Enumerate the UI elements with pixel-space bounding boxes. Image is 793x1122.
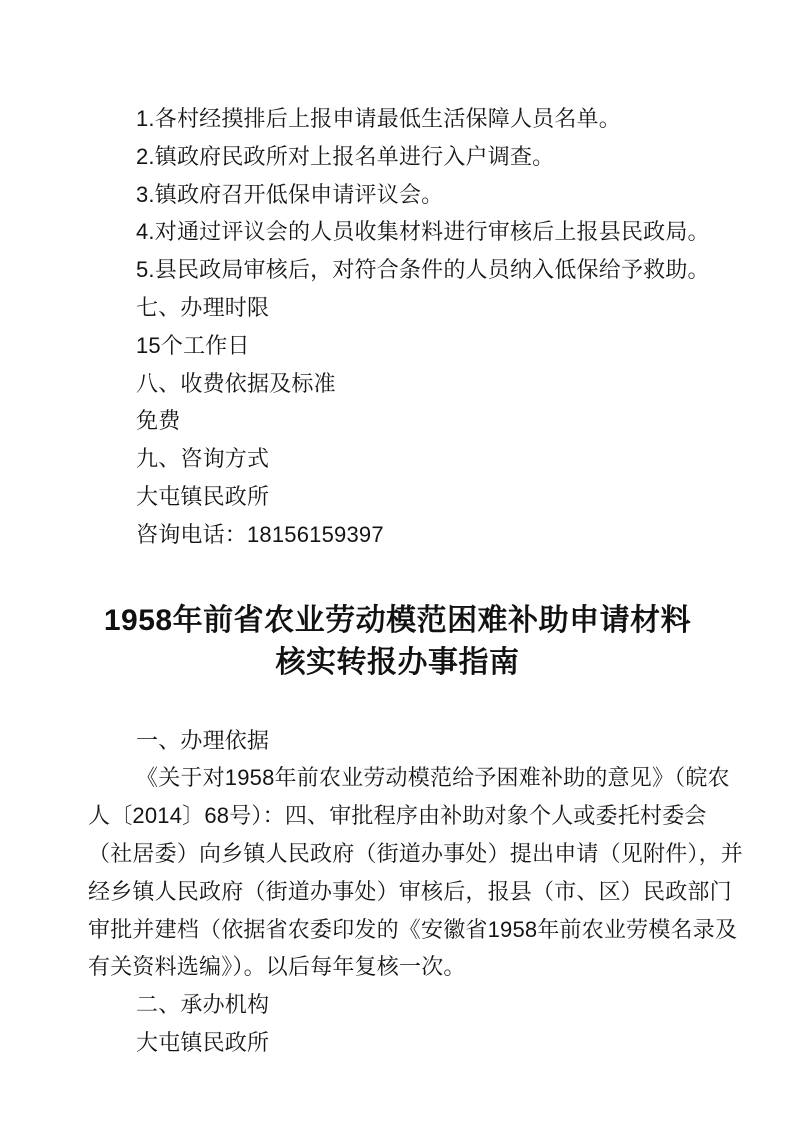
paragraph-line: 有关资料选编》）。以后每年复核一次。 (88, 948, 707, 986)
guide-title-line-1: 1958年前省农业劳动模范困难补助申请材料 (88, 600, 707, 642)
section-content-shoufei: 免费 (88, 402, 707, 440)
guide-title-line-2: 核实转报办事指南 (88, 642, 707, 684)
guide-basis-paragraph: 《关于对1958年前农业劳动模范给予困难补助的意见》（皖农 人〔2014〕68号… (88, 759, 707, 986)
section-content-banli-shixian: 15个工作日 (88, 327, 707, 365)
list-item-5: 5.县民政局审核后，对符合条件的人员纳入低保给予救助。 (88, 251, 707, 289)
list-item-3: 3.镇政府召开低保申请评议会。 (88, 176, 707, 214)
list-item-4: 4.对通过评议会的人员收集材料进行审核后上报县民政局。 (88, 213, 707, 251)
document-page: 1.各村经摸排后上报申请最低生活保障人员名单。 2.镇政府民政所对上报名单进行入… (0, 0, 793, 1122)
section-content-zixun-office: 大屯镇民政所 (88, 478, 707, 516)
paragraph-line: 《关于对1958年前农业劳动模范给予困难补助的意见》（皖农 (88, 759, 707, 797)
list-item-1: 1.各村经摸排后上报申请最低生活保障人员名单。 (88, 100, 707, 138)
list-item-2: 2.镇政府民政所对上报名单进行入户调查。 (88, 138, 707, 176)
paragraph-line: 人〔2014〕68号）：四、审批程序由补助对象个人或委托村委会 (88, 797, 707, 835)
guide-title: 1958年前省农业劳动模范困难补助申请材料 核实转报办事指南 (88, 600, 707, 684)
guide-section-heading-chengban: 二、承办机构 (88, 986, 707, 1024)
guide-section-content-chengban: 大屯镇民政所 (88, 1024, 707, 1062)
document-content: 1.各村经摸排后上报申请最低生活保障人员名单。 2.镇政府民政所对上报名单进行入… (0, 0, 793, 1062)
paragraph-line: 经乡镇人民政府（街道办事处）审核后，报县（市、区）民政部门 (88, 873, 707, 911)
paragraph-line: 审批并建档（依据省农委印发的《安徽省1958年前农业劳模名录及 (88, 911, 707, 949)
paragraph-line: （社居委）向乡镇人民政府（街道办事处）提出申请（见附件），并 (88, 835, 707, 873)
section-heading-shoufei: 八、收费依据及标准 (88, 365, 707, 403)
section-heading-zixun: 九、咨询方式 (88, 440, 707, 478)
phone-line: 咨询电话：18156159397 (88, 516, 707, 554)
section-heading-banli-shixian: 七、办理时限 (88, 289, 707, 327)
guide-section-heading-yiju: 一、办理依据 (88, 722, 707, 760)
guide-body: 一、办理依据 《关于对1958年前农业劳动模范给予困难补助的意见》（皖农 人〔2… (88, 722, 707, 1062)
